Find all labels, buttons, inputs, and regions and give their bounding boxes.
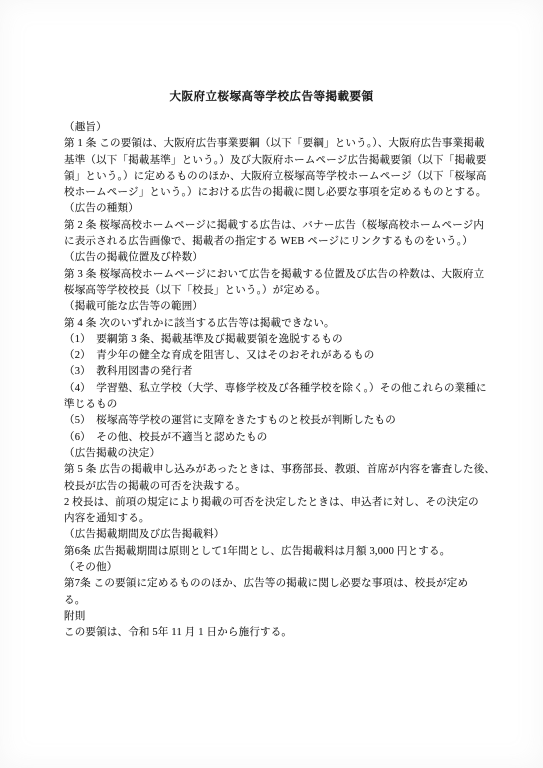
text-line: （その他）: [64, 560, 486, 576]
text-line: （1） 要綱第 3 条、掲載基準及び掲載要領を逸脱するもの: [64, 332, 486, 348]
text-line: 校長が広告の掲載の可否を決裁する。: [64, 479, 486, 495]
text-line: （5） 桜塚高等学校の運営に支障をきたすものと校長が判断したもの: [64, 413, 486, 429]
text-line: 第 2 条 桜塚高校ホームページに掲載する広告は、バナー広告（桜塚高校ホームペー…: [64, 218, 486, 234]
text-line: （広告掲載期間及び広告掲載料）: [64, 527, 486, 543]
text-line: この要領は、令和 5年 11 月 1 日から施行する。: [64, 625, 486, 641]
text-line: 内容を通知する。: [64, 511, 486, 527]
document-page: 大阪府立桜塚高等学校広告等掲載要領 （趣旨）第 1 条 この要領は、大阪府広告事…: [0, 0, 543, 768]
text-line: （4） 学習塾、私立学校（大学、専修学校及び各種学校を除く。）その他これらの業種…: [64, 381, 486, 397]
text-line: （趣旨）: [64, 120, 486, 136]
text-line: 第 4 条 次のいずれかに該当する広告等は掲載できない。: [64, 316, 486, 332]
text-line: 校ホームページ」という。）における広告の掲載に関し必要な事項を定めるものとする。: [64, 185, 486, 201]
text-line: （3） 教科用図書の発行者: [64, 364, 486, 380]
text-line: 第 5 条 広告の掲載申し込みがあったときは、事務部長、教頭、首席が内容を審査し…: [64, 462, 486, 478]
text-line: （広告の種類）: [64, 201, 486, 217]
document-body: （趣旨）第 1 条 この要領は、大阪府広告事業要綱（以下「要綱」という。）、大阪…: [64, 120, 486, 642]
document-title: 大阪府立桜塚高等学校広告等掲載要領: [0, 88, 543, 104]
text-line: 桜塚高等学校校長（以下「校長」という。）が定める。: [64, 283, 486, 299]
text-line: 第 3 条 桜塚高校ホームページにおいて広告を掲載する位置及び広告の枠数は、大阪…: [64, 267, 486, 283]
text-line: 領」という。）に定めるもののほか、大阪府立桜塚高等学校ホームページ（以下「桜塚高: [64, 169, 486, 185]
text-line: 基準（以下「掲載基準」という。）及び大阪府ホームページ広告掲載要領（以下「掲載要: [64, 153, 486, 169]
text-line: 第7条 この要領に定めるもののほか、広告等の掲載に関し必要な事項は、校長が定め: [64, 576, 486, 592]
text-line: （掲載可能な広告等の範囲）: [64, 299, 486, 315]
text-line: 準じるもの: [64, 397, 486, 413]
text-line: 2 校長は、前項の規定により掲載の可否を決定したときは、申込者に対し、その決定の: [64, 495, 486, 511]
text-line: （広告掲載の決定）: [64, 446, 486, 462]
text-line: （6） その他、校長が不適当と認めたもの: [64, 430, 486, 446]
text-line: 第 1 条 この要領は、大阪府広告事業要綱（以下「要綱」という。）、大阪府広告事…: [64, 136, 486, 152]
text-line: 附則: [64, 609, 486, 625]
text-line: （2） 青少年の健全な育成を阻害し、又はそのおそれがあるもの: [64, 348, 486, 364]
text-line: 第6条 広告掲載期間は原則として1年間とし、広告掲載料は月額 3,000 円とす…: [64, 544, 486, 560]
text-line: る。: [64, 593, 486, 609]
text-line: に表示される広告画像で、掲載者の指定する WEB ページにリンクするものをいう。…: [64, 234, 486, 250]
text-line: （広告の掲載位置及び枠数）: [64, 250, 486, 266]
